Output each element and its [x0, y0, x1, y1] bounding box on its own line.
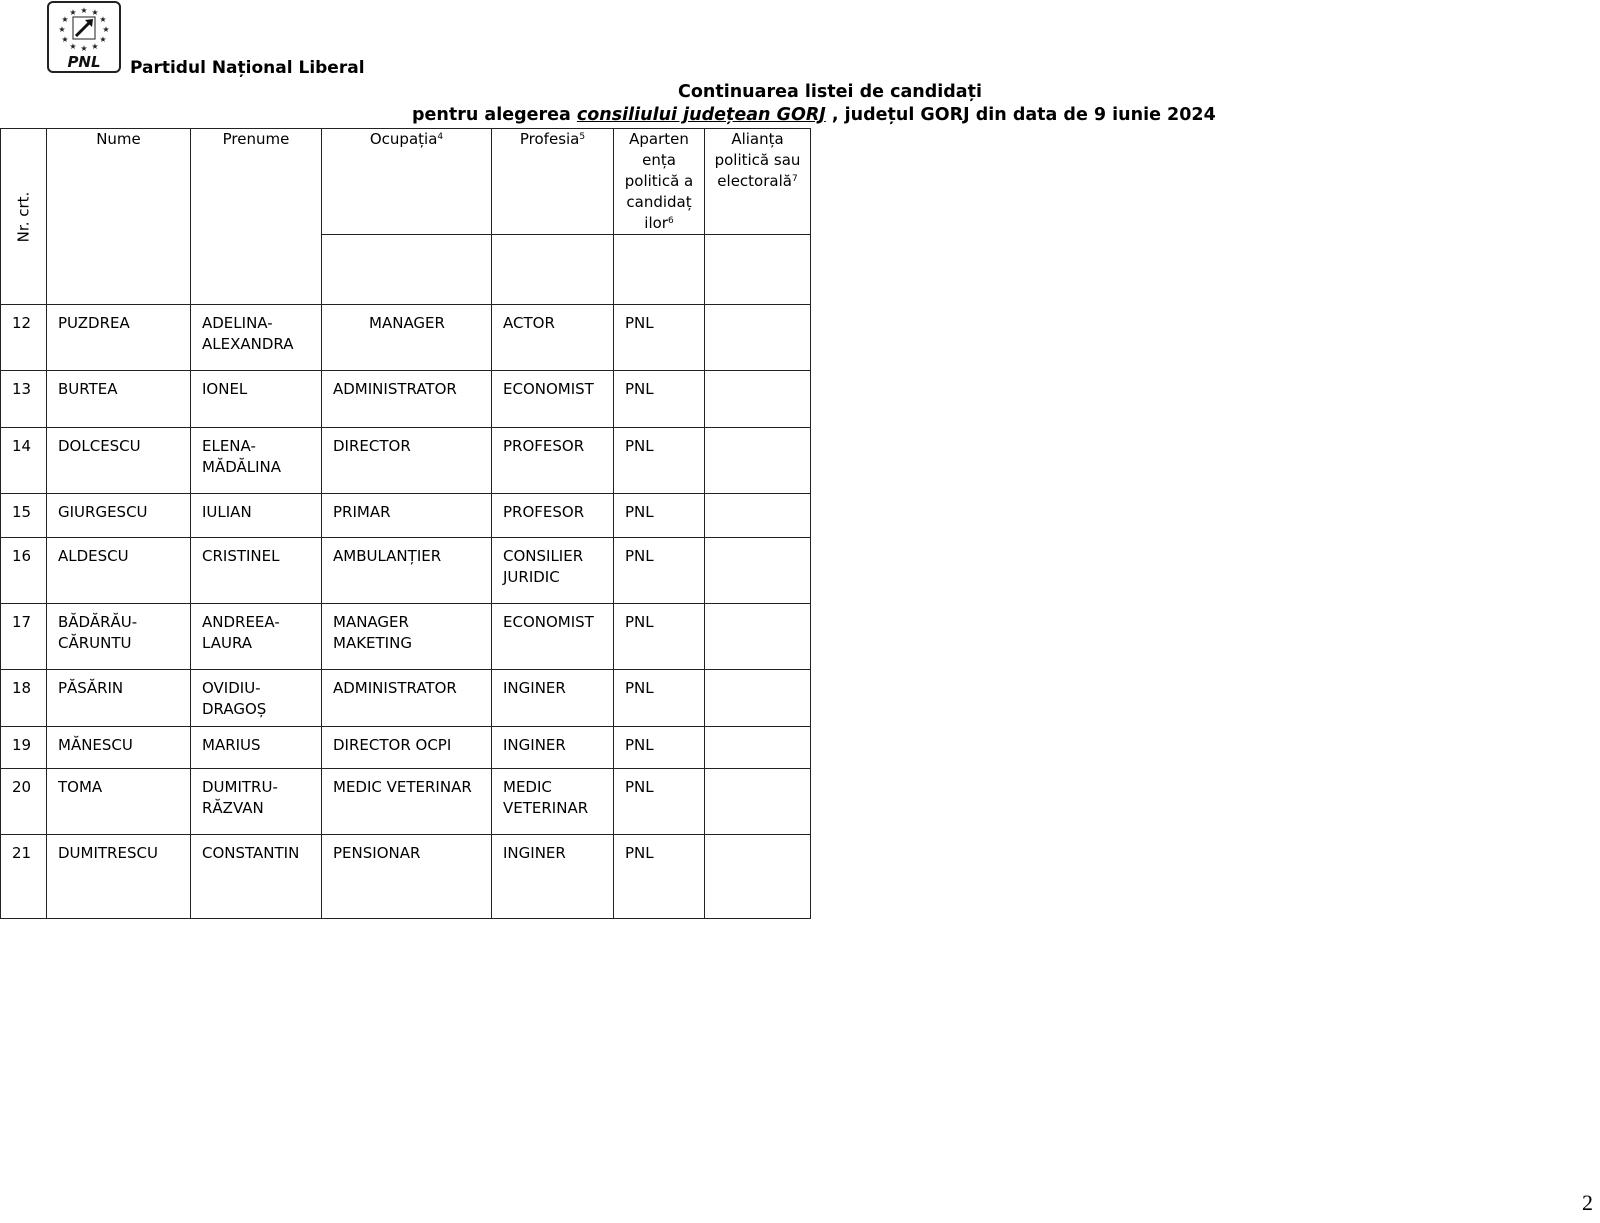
- svg-text:★: ★: [58, 25, 65, 34]
- table-row: 19MĂNESCUMARIUSDIRECTOR OCPIINGINERPNL: [1, 727, 811, 769]
- cell-alianta: [705, 428, 811, 494]
- cell-alianta: [705, 604, 811, 670]
- header-subcell: [705, 235, 811, 305]
- table-row: 15GIURGESCUIULIANPRIMARPROFESORPNL: [1, 494, 811, 538]
- table-row: 17BĂDĂRĂU- CĂRUNTUANDREEA- LAURAMANAGER …: [1, 604, 811, 670]
- pnl-logo: ★ ★ ★ ★ ★ ★ ★ ★ ★ ★ ★ ★ PNL: [47, 1, 121, 73]
- table-row: 12PUZDREAADELINA- ALEXANDRAMANAGERACTORP…: [1, 305, 811, 371]
- cell-nume: TOMA: [47, 769, 191, 835]
- cell-nume: DUMITRESCU: [47, 835, 191, 919]
- header-prenume: Prenume: [191, 129, 322, 305]
- table-row: 20TOMADUMITRU- RĂZVANMEDIC VETERINARMEDI…: [1, 769, 811, 835]
- cell-nume: BURTEA: [47, 371, 191, 428]
- svg-text:★: ★: [80, 44, 87, 53]
- document-subtitle: pentru alegerea consiliului județean GOR…: [412, 105, 1216, 125]
- cell-ocupatia: DIRECTOR OCPI: [322, 727, 492, 769]
- header-subcell: [322, 235, 492, 305]
- svg-text:★: ★: [80, 6, 87, 15]
- cell-prenume: IULIAN: [191, 494, 322, 538]
- subtitle-suffix: , județul GORJ din data de 9 iunie 2024: [826, 105, 1216, 125]
- candidates-table: Nr. crt. Nume Prenume Ocupația4 Profesia…: [0, 128, 811, 919]
- cell-nume: PUZDREA: [47, 305, 191, 371]
- cell-nr: 21: [1, 835, 47, 919]
- svg-text:★: ★: [91, 42, 98, 51]
- table-row: 16ALDESCUCRISTINELAMBULANȚIERCONSILIER J…: [1, 538, 811, 604]
- cell-alianta: [705, 670, 811, 727]
- cell-prenume: CRISTINEL: [191, 538, 322, 604]
- party-name: Partidul Național Liberal: [130, 58, 365, 78]
- cell-apartenenta: PNL: [614, 305, 705, 371]
- svg-text:★: ★: [99, 15, 106, 24]
- cell-nume: GIURGESCU: [47, 494, 191, 538]
- cell-nume: BĂDĂRĂU- CĂRUNTU: [47, 604, 191, 670]
- cell-apartenenta: PNL: [614, 538, 705, 604]
- cell-apartenenta: PNL: [614, 371, 705, 428]
- subtitle-council: consiliului județean GORJ: [577, 105, 826, 125]
- svg-text:★: ★: [91, 8, 98, 17]
- cell-nr: 17: [1, 604, 47, 670]
- cell-prenume: ELENA- MĂDĂLINA: [191, 428, 322, 494]
- page-number: 2: [1582, 1190, 1593, 1216]
- cell-nume: ALDESCU: [47, 538, 191, 604]
- table-row: 13BURTEAIONELADMINISTRATORECONOMISTPNL: [1, 371, 811, 428]
- header-profesia: Profesia5: [492, 129, 614, 235]
- cell-alianta: [705, 371, 811, 428]
- cell-profesia: CONSILIER JURIDIC: [492, 538, 614, 604]
- cell-prenume: MARIUS: [191, 727, 322, 769]
- pnl-stars-arrow-icon: ★ ★ ★ ★ ★ ★ ★ ★ ★ ★ ★ ★ PNL: [49, 3, 119, 71]
- cell-prenume: IONEL: [191, 371, 322, 428]
- subtitle-prefix: pentru alegerea: [412, 105, 577, 125]
- cell-prenume: DUMITRU- RĂZVAN: [191, 769, 322, 835]
- cell-nume: PĂSĂRIN: [47, 670, 191, 727]
- document-title: Continuarea listei de candidați: [0, 82, 1600, 102]
- svg-text:★: ★: [69, 8, 76, 17]
- cell-apartenenta: PNL: [614, 670, 705, 727]
- cell-profesia: ECONOMIST: [492, 371, 614, 428]
- header-nume: Nume: [47, 129, 191, 305]
- cell-profesia: INGINER: [492, 670, 614, 727]
- cell-nr: 14: [1, 428, 47, 494]
- cell-alianta: [705, 727, 811, 769]
- cell-ocupatia: MANAGER: [322, 305, 492, 371]
- cell-profesia: PROFESOR: [492, 428, 614, 494]
- cell-apartenenta: PNL: [614, 769, 705, 835]
- cell-ocupatia: AMBULANȚIER: [322, 538, 492, 604]
- cell-ocupatia: MANAGER MAKETING: [322, 604, 492, 670]
- cell-profesia: INGINER: [492, 727, 614, 769]
- svg-text:★: ★: [61, 15, 68, 24]
- header-subcell: [614, 235, 705, 305]
- cell-profesia: PROFESOR: [492, 494, 614, 538]
- cell-prenume: ANDREEA- LAURA: [191, 604, 322, 670]
- table-row: 14DOLCESCUELENA- MĂDĂLINADIRECTORPROFESO…: [1, 428, 811, 494]
- cell-apartenenta: PNL: [614, 727, 705, 769]
- cell-apartenenta: PNL: [614, 835, 705, 919]
- cell-nr: 16: [1, 538, 47, 604]
- cell-apartenenta: PNL: [614, 604, 705, 670]
- svg-text:★: ★: [102, 25, 109, 34]
- cell-profesia: ACTOR: [492, 305, 614, 371]
- cell-nume: DOLCESCU: [47, 428, 191, 494]
- cell-apartenenta: PNL: [614, 494, 705, 538]
- header-ocupatia: Ocupația4: [322, 129, 492, 235]
- svg-text:★: ★: [61, 35, 68, 44]
- cell-prenume: ADELINA- ALEXANDRA: [191, 305, 322, 371]
- cell-alianta: [705, 835, 811, 919]
- cell-profesia: INGINER: [492, 835, 614, 919]
- cell-prenume: CONSTANTIN: [191, 835, 322, 919]
- svg-text:PNL: PNL: [67, 53, 100, 71]
- header-apartenenta: Aparten ența politică a candidaț ilor6: [614, 129, 705, 235]
- table-row: 18PĂSĂRINOVIDIU- DRAGOȘADMINISTRATORINGI…: [1, 670, 811, 727]
- cell-profesia: MEDIC VETERINAR: [492, 769, 614, 835]
- cell-prenume: OVIDIU- DRAGOȘ: [191, 670, 322, 727]
- cell-ocupatia: PRIMAR: [322, 494, 492, 538]
- cell-ocupatia: DIRECTOR: [322, 428, 492, 494]
- cell-alianta: [705, 494, 811, 538]
- header-subcell: [492, 235, 614, 305]
- table-row: 21DUMITRESCUCONSTANTINPENSIONARINGINERPN…: [1, 835, 811, 919]
- cell-nr: 12: [1, 305, 47, 371]
- cell-nr: 15: [1, 494, 47, 538]
- svg-text:★: ★: [99, 35, 106, 44]
- header-alianta: Alianța politică sau electorală7: [705, 129, 811, 235]
- cell-nume: MĂNESCU: [47, 727, 191, 769]
- cell-ocupatia: PENSIONAR: [322, 835, 492, 919]
- svg-text:★: ★: [69, 42, 76, 51]
- cell-alianta: [705, 769, 811, 835]
- cell-nr: 13: [1, 371, 47, 428]
- cell-alianta: [705, 305, 811, 371]
- cell-nr: 19: [1, 727, 47, 769]
- cell-nr: 20: [1, 769, 47, 835]
- cell-ocupatia: ADMINISTRATOR: [322, 371, 492, 428]
- cell-nr: 18: [1, 670, 47, 727]
- cell-ocupatia: MEDIC VETERINAR: [322, 769, 492, 835]
- cell-alianta: [705, 538, 811, 604]
- cell-apartenenta: PNL: [614, 428, 705, 494]
- header-nr-crt: Nr. crt.: [1, 129, 47, 305]
- cell-profesia: ECONOMIST: [492, 604, 614, 670]
- cell-ocupatia: ADMINISTRATOR: [322, 670, 492, 727]
